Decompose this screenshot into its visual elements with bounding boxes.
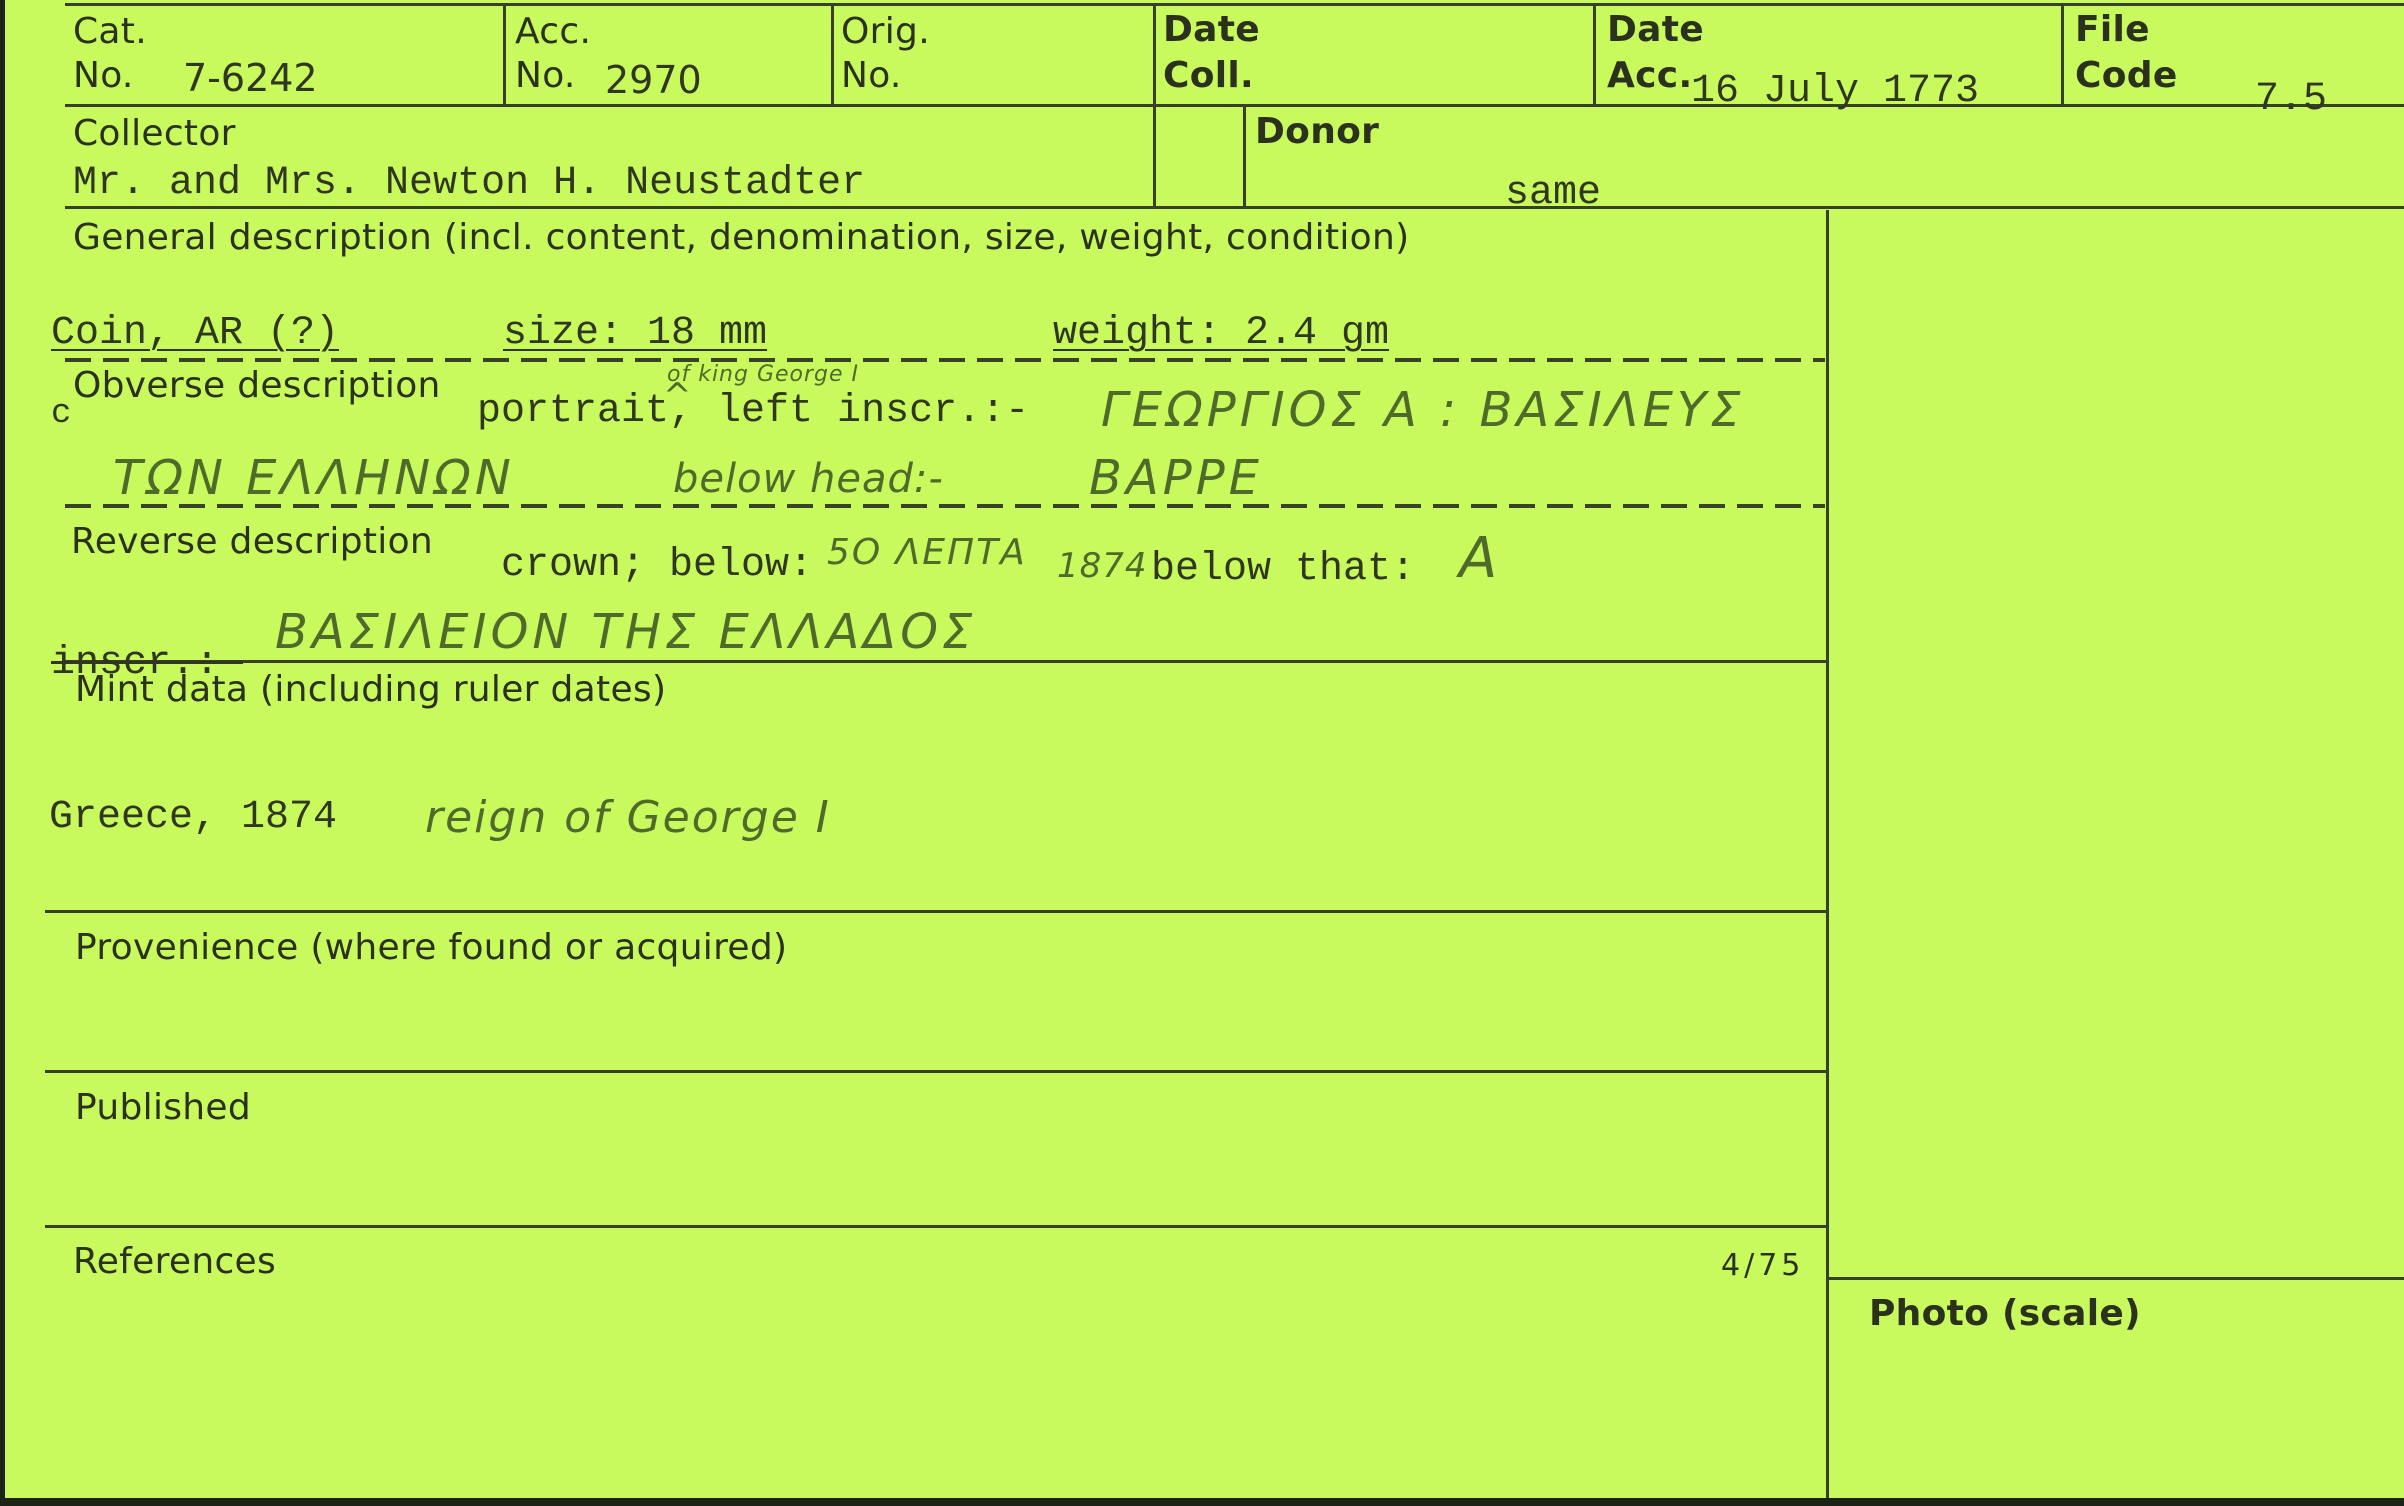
orig-no-label-line1: Orig.	[841, 12, 930, 52]
reverse-divider	[65, 660, 1827, 663]
reverse-below-that-value: A	[1459, 526, 1501, 591]
date-acc-value: 16 July 1773	[1691, 70, 1979, 114]
collector-value: Mr. and Mrs. Newton H. Neustadter	[73, 162, 865, 206]
file-code-value: 7.5	[2255, 78, 2327, 122]
general-description-label: General description (incl. content, deno…	[73, 218, 1409, 258]
date-coll-label-line1: Date	[1163, 10, 1260, 50]
mint-data-divider	[45, 910, 1827, 913]
reverse-year: 1874	[1057, 546, 1148, 586]
published-divider	[45, 1225, 1827, 1228]
published-label: Published	[75, 1088, 251, 1128]
orig-no-label-line2: No.	[841, 56, 902, 96]
acc-no-value: 2970	[605, 58, 702, 102]
obverse-margin-mark: c	[51, 392, 71, 436]
insertion-caret-icon: ^	[663, 376, 696, 416]
obverse-below-head-note: below head:-	[673, 456, 944, 502]
photo-column-divider	[1826, 210, 1829, 1500]
header-divider-date-coll	[1153, 3, 1156, 208]
general-description-object: Coin, AR (?)	[51, 312, 339, 356]
mint-data-handwritten: reign of George I	[425, 792, 831, 843]
cat-no-label-line2: No.	[73, 56, 134, 96]
obverse-label: Obverse description	[73, 366, 441, 406]
obverse-typed: portrait, left inscr.:-	[477, 390, 1029, 434]
general-description-dashed-line	[65, 358, 1825, 362]
photo-divider	[1828, 1277, 2404, 1280]
acc-no-label-line1: Acc.	[515, 12, 591, 52]
provenience-divider	[45, 1070, 1827, 1073]
references-label: References	[73, 1242, 276, 1282]
cat-no-value: 7-6242	[183, 56, 318, 100]
collector-label: Collector	[73, 114, 236, 154]
obverse-inscription-line1: ΓΕΩΡΓΙΟΣ Α : ΒΑΣΙΛΕΥΣ	[1101, 382, 1745, 438]
mint-data-typed: Greece, 1874	[49, 796, 337, 840]
reverse-below-value: 5Ο ΛΕΠΤΑ	[827, 532, 1027, 573]
catalog-card: Cat. No. 7-6242 Acc. No. 2970 Orig. No. …	[0, 0, 2404, 1506]
collector-row-divider	[65, 206, 2404, 209]
header-divider-file-code	[2061, 3, 2064, 106]
obverse-below-head-value: BAPPE	[1089, 450, 1263, 506]
reverse-label: Reverse description	[71, 522, 433, 562]
date-acc-label-line2: Acc.	[1607, 56, 1692, 96]
file-code-label-line1: File	[2075, 10, 2150, 50]
header-divider-orig	[831, 3, 834, 106]
general-description-size: size: 18 mm	[503, 312, 767, 356]
header-divider-date-acc	[1593, 3, 1596, 106]
card-bottom-edge	[0, 1498, 2404, 1506]
date-coll-label-line2: Coll.	[1163, 56, 1254, 96]
general-description-weight: weight: 2.4 gm	[1053, 312, 1389, 356]
file-code-label-line2: Code	[2075, 56, 2178, 96]
form-version-mark: 4/75	[1721, 1246, 1804, 1286]
header-divider-acc	[503, 3, 506, 106]
obverse-inscription-line2: ΤΩΝ ΕΛΛΗΝΩΝ	[113, 450, 515, 506]
acc-no-label-line2: No.	[515, 56, 576, 96]
top-border-line	[65, 3, 2404, 6]
donor-value: same	[1505, 172, 1601, 216]
reverse-typed-prefix: crown; below:	[501, 544, 813, 588]
photo-label: Photo (scale)	[1869, 1294, 2141, 1334]
date-acc-label-line1: Date	[1607, 10, 1704, 50]
donor-label: Donor	[1255, 112, 1379, 152]
obverse-insertion-note: of king George I	[667, 362, 859, 387]
provenience-label: Provenience (where found or acquired)	[75, 928, 787, 968]
collector-donor-divider	[1243, 104, 1246, 208]
mint-data-label: Mint data (including ruler dates)	[75, 670, 666, 710]
reverse-inscription: ΒΑΣΙΛΕΙΟΝ ΤΗΣ ΕΛΛΑΔΟΣ	[275, 604, 976, 660]
cat-no-label-line1: Cat.	[73, 12, 147, 52]
header-row-divider	[65, 104, 2404, 107]
reverse-typed-suffix: below that:	[1151, 548, 1415, 592]
